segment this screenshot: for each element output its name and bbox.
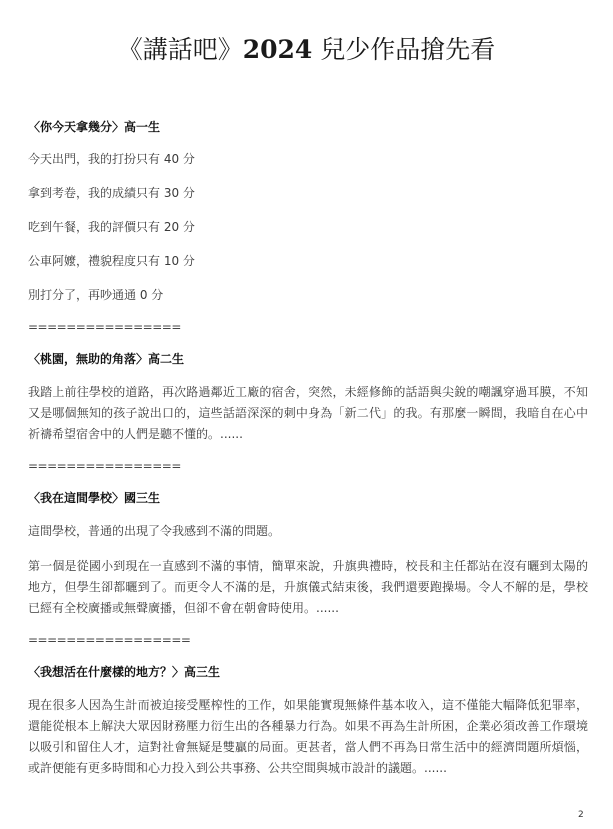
paragraph: 我踏上前往學校的道路，再次路過鄰近工廠的宿舍，突然，未經修飾的話語與尖銳的嘲諷穿… bbox=[28, 382, 588, 445]
title-prefix: 《講話吧》 bbox=[118, 35, 243, 64]
page-number: 2 bbox=[578, 810, 584, 820]
poem-line: 公車阿嬤，禮貌程度只有 10 分 bbox=[28, 252, 588, 270]
section-2: 〈桃園，無助的角落〉高二生 我踏上前往學校的道路，再次路過鄰近工廠的宿舍，突然，… bbox=[28, 350, 588, 473]
section-3: 〈我在這間學校〉國三生 這間學校，普通的出現了令我感到不滿的問題。 第一個是從國… bbox=[28, 489, 588, 647]
title-year: 2024 bbox=[243, 35, 313, 64]
poem-line: 今天出門，我的打扮只有 40 分 bbox=[28, 150, 588, 168]
poem-line: 拿到考卷，我的成績只有 30 分 bbox=[28, 184, 588, 202]
title-suffix: 兒少作品搶先看 bbox=[312, 35, 495, 64]
document-body: 〈你今天拿幾分〉高一生 今天出門，我的打扮只有 40 分 拿到考卷，我的成績只有… bbox=[28, 118, 588, 793]
section-heading: 〈我在這間學校〉國三生 bbox=[28, 489, 588, 507]
section-heading: 〈桃園，無助的角落〉高二生 bbox=[28, 350, 588, 368]
poem-line: 別打分了，再吵通通 0 分 bbox=[28, 286, 588, 304]
section-separator: ================ bbox=[28, 320, 588, 334]
paragraph: 第一個是從國小到現在一直感到不滿的事情，簡單來說，升旗典禮時，校長和主任都站在沒… bbox=[28, 556, 588, 619]
poem-line: 吃到午餐，我的評價只有 20 分 bbox=[28, 218, 588, 236]
paragraph: 這間學校，普通的出現了令我感到不滿的問題。 bbox=[28, 521, 588, 542]
section-1: 〈你今天拿幾分〉高一生 今天出門，我的打扮只有 40 分 拿到考卷，我的成績只有… bbox=[28, 118, 588, 334]
section-heading: 〈你今天拿幾分〉高一生 bbox=[28, 118, 588, 136]
section-separator: ================= bbox=[28, 633, 588, 647]
paragraph: 現在很多人因為生計而被迫接受壓榨性的工作，如果能實現無條件基本收入，這不僅能大幅… bbox=[28, 695, 588, 779]
section-separator: ================ bbox=[28, 459, 588, 473]
section-heading: 〈我想活在什麼樣的地方？〉高三生 bbox=[28, 663, 588, 681]
section-4: 〈我想活在什麼樣的地方？〉高三生 現在很多人因為生計而被迫接受壓榨性的工作，如果… bbox=[28, 663, 588, 779]
document-title: 《講話吧》2024 兒少作品搶先看 bbox=[0, 30, 613, 66]
